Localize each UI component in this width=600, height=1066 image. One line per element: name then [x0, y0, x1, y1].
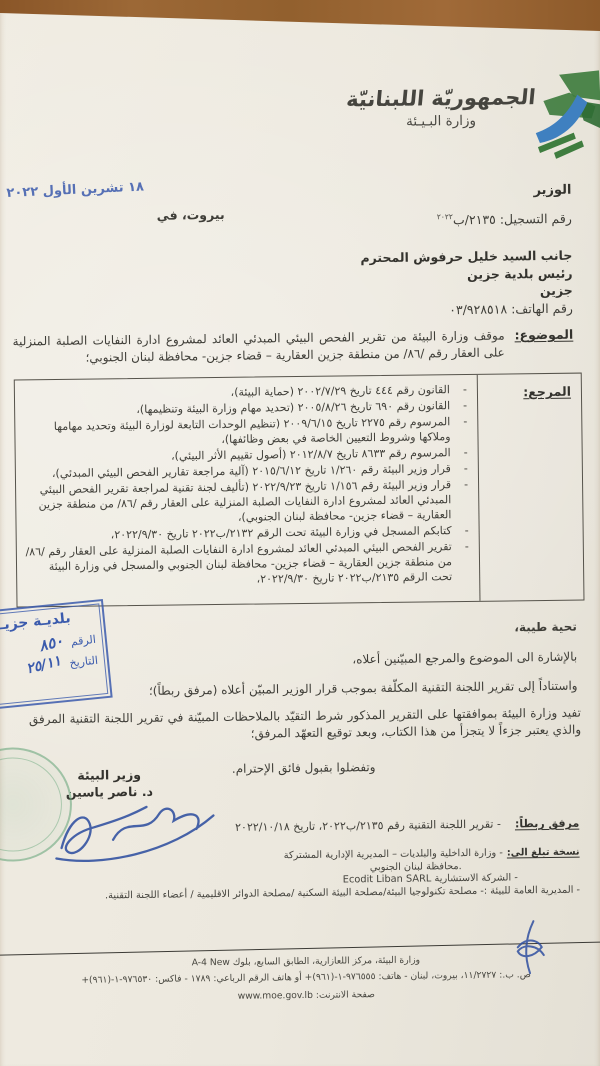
stamp-date-label: التاريخ	[69, 653, 99, 669]
bullet-dash: -	[461, 539, 470, 584]
footer-contacts: ص. ب.: ١١/٢٧٢٧، بيروت، لبنان - هاتف: ٩٧٦…	[6, 968, 600, 986]
republic-title: الجمهوريّة اللبنانيّة	[345, 85, 536, 111]
reference-item: -قرار وزير البيئة رقم ١/١٥٦ تاريخ ٢٠٢٢/٩…	[24, 477, 469, 527]
letterhead: الجمهوريّة اللبنانيّة وزارة البـيـئة	[346, 85, 536, 130]
recipient-city: جزين	[361, 282, 573, 302]
recipient-block: جانب السيد خليل حرفوش المحترم رئيس بلدية…	[360, 247, 573, 320]
letter-content: الجمهوريّة اللبنانيّة وزارة البـيـئة ١٨ …	[0, 0, 600, 1066]
reference-item-text: تقرير الفحص البيئي المبدئي العائد لمشروع…	[25, 539, 453, 589]
recipient-phone: رقم الهاتف: ٠٣/٩٢٨٥١٨	[361, 299, 573, 319]
reference-item: -تقرير الفحص البيئي المبدئي العائد لمشرو…	[25, 539, 470, 589]
recipient-name: جانب السيد خليل حرفوش المحترم	[360, 247, 572, 267]
reference-item-text: المرسوم رقم ٢٢٧٥ تاريخ ٢٠٠٩/٦/١٥ (تنظيم …	[23, 414, 450, 449]
cc-label: نسخة تبلغ الى:	[507, 847, 580, 860]
ministry-name: وزارة البـيـئة	[346, 112, 535, 130]
bullet-dash: -	[460, 445, 468, 460]
subject-label: الموضوع:	[514, 327, 573, 343]
registration-label: رقم التسجيل: ٢١٣٥/ب	[453, 211, 572, 227]
reference-label: المرجع:	[523, 384, 571, 400]
bullet-dash: -	[459, 414, 467, 444]
bullet-dash: -	[461, 523, 469, 538]
municipality-stamp-date-row: التاريخ ٢٥/١١	[0, 652, 99, 681]
subject-text: موقف وزارة البيئة من تقرير الفحص البيئي …	[13, 327, 505, 367]
reference-item: -المرسوم رقم ٢٢٧٥ تاريخ ٢٠٠٩/٦/١٥ (تنظيم…	[23, 414, 467, 449]
attachment-row: مرفق ربطاً: - تقرير اللجنة التقنية رقم ٢…	[235, 817, 579, 834]
signature-block: وزير البيئة د. ناصر ياسين	[65, 766, 153, 801]
closing-line: وتفضلوا بقبول فائق الإحترام.	[232, 759, 376, 778]
registration-year-sup: ٢٠٢٢	[437, 212, 453, 221]
bullet-dash: -	[459, 398, 467, 413]
stamp-number-label: الرقم	[70, 632, 96, 647]
attachment-label: مرفق ربطاً:	[515, 817, 579, 831]
attachment-text: - تقرير اللجنة التقنية رقم ٢١٣٥/ب٢٠٢٢، ت…	[235, 818, 501, 834]
registration-number: رقم التسجيل: ٢١٣٥/ب٢٠٢٢	[437, 211, 572, 228]
greeting: تحية طيبة،	[514, 619, 577, 637]
subject-row: الموضوع: موقف وزارة البيئة من تقرير الفح…	[13, 327, 574, 368]
reference-item-text: قرار وزير البيئة رقم ١/١٥٦ تاريخ ٢٠٢٢/٩/…	[24, 477, 452, 527]
municipality-stamp-inner: بلديـة جزيـن الرقم ٨٥٠ التاريخ ٢٥/١١	[0, 603, 108, 708]
cc-item: - وزارة الداخلية والبلديات – المديرية ال…	[284, 848, 503, 863]
bullet-dash: -	[460, 477, 469, 522]
municipality-stamp: بلديـة جزيـن الرقم ٨٥٠ التاريخ ٢٥/١١	[0, 599, 113, 713]
ministry-logo-icon	[533, 70, 600, 159]
cc-block: نسخة تبلغ الى: - وزارة الداخلية والبلديا…	[20, 847, 581, 904]
bullet-dash: -	[459, 382, 467, 397]
body-paragraph-1: بالإشارة الى الموضوع والمرجع المبيّنين أ…	[352, 649, 577, 669]
stamp-number-handwritten: ٨٥٠	[37, 632, 65, 656]
body-paragraph-3: تفيد وزارة البيئة بموافقتها على التقرير …	[29, 705, 581, 746]
date-stamp: ١٨ تشرين الأول ٢٠٢٢	[6, 179, 144, 200]
reference-label-column: المرجع:	[477, 374, 584, 601]
footer-website: صفحة الانترنت: www.moe.gov.lb	[6, 986, 600, 1004]
reference-box: المرجع: -القانون رقم ٤٤٤ تاريخ ٢٠٠٢/٧/٢٩…	[14, 373, 585, 608]
place-line: بيروت، في	[157, 207, 225, 223]
stamp-date-handwritten: ٢٥/١١	[25, 653, 63, 677]
reference-items: -القانون رقم ٤٤٤ تاريخ ٢٠٠٢/٧/٢٩ (حماية …	[15, 375, 480, 607]
signer-title: وزير البيئة	[65, 766, 152, 784]
body-paragraph-2: واستناداً إلى تقرير اللجنة التقنية المكل…	[149, 678, 578, 700]
minister-title: الوزير	[533, 183, 571, 198]
bullet-dash: -	[460, 461, 468, 476]
